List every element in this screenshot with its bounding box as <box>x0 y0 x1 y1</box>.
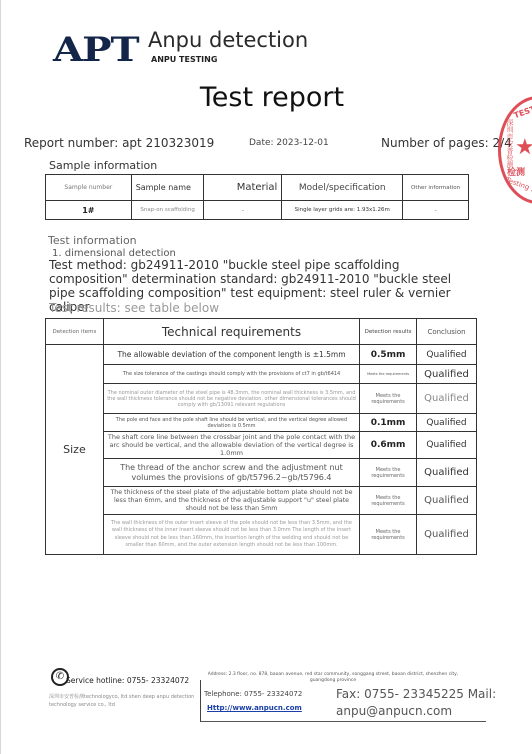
requirement-text: The thread of the anchor screw and the a… <box>103 459 359 487</box>
table-row: Size The allowable deviation of the comp… <box>46 345 477 365</box>
page-count: Number of pages: 2/4 <box>381 136 512 150</box>
header-other-information: Other information <box>403 175 469 201</box>
service-hotline: Service hotline: 0755- 23324072 <box>66 676 189 685</box>
test-results-label: Test results: see table below <box>49 301 219 315</box>
sample-information-table: Sample number Sample name Material Model… <box>45 174 469 220</box>
telephone: Telephone: 0755- 23324072 <box>204 690 302 698</box>
requirement-text: The thickness of the steel plate of the … <box>103 487 359 515</box>
company-subtitle: ANPU TESTING <box>151 55 217 65</box>
result-value: Meets the requirements <box>360 384 417 414</box>
table-row: The wall thickness of the outer insert s… <box>46 515 477 555</box>
apt-logo: APT <box>53 33 138 67</box>
model-specification-value: Single layer grids are: 1.93x1.26m <box>282 201 403 220</box>
conclusion-value: Qualified <box>417 459 477 487</box>
header-model-specification: Model/specification <box>282 175 403 201</box>
sample-name-value: Snap-on scaffolding <box>131 201 204 220</box>
result-value: 0.1mm <box>360 414 417 432</box>
result-value: Meets the requirements <box>360 515 417 555</box>
detection-item-size: Size <box>46 345 104 555</box>
report-number: Report number: apt 210323019 <box>24 136 214 150</box>
table-row: 1# Snap-on scaffolding - Single layer gr… <box>46 201 469 220</box>
table-row: The thread of the anchor screw and the a… <box>46 459 477 487</box>
conclusion-value: Qualified <box>417 515 477 555</box>
conclusion-value: Qualified <box>417 365 477 384</box>
footer-divider <box>200 680 201 722</box>
material-value: - <box>204 201 282 220</box>
report-date: Date: 2023-12-01 <box>249 138 329 148</box>
fax-and-mail: Fax: 0755- 23345225 Mail: anpu@anpucn.co… <box>336 686 511 720</box>
table-row: The thickness of the steel plate of the … <box>46 487 477 515</box>
result-value: 0.5mm <box>360 345 417 365</box>
stamp-bottom-text: Testing S <box>505 176 532 194</box>
header-detection-results: Detection results <box>360 319 417 345</box>
page-title: Test report <box>1 82 532 114</box>
table-header-row: Sample number Sample name Material Model… <box>46 175 469 201</box>
requirement-text: The size tolerance of the castings shoul… <box>103 365 359 384</box>
header-conclusion: Conclusion <box>417 319 477 345</box>
table-header-row: Detection items Technical requirements D… <box>46 319 477 345</box>
technical-requirements-table: Detection items Technical requirements D… <box>45 318 477 555</box>
conclusion-value: Qualified <box>417 432 477 459</box>
sample-number-value: 1# <box>46 201 132 220</box>
table-row: The size tolerance of the castings shoul… <box>46 365 477 384</box>
star-icon: ★ <box>515 135 532 160</box>
header-material: Material <box>204 175 282 201</box>
website-link[interactable]: Http://www.anpucn.com <box>207 704 302 712</box>
requirement-text: The nominal outer diameter of the steel … <box>103 384 359 414</box>
requirement-text: The wall thickness of the outer insert s… <box>103 515 359 555</box>
requirement-text: The pole end face and the pole shaft lin… <box>103 414 359 432</box>
other-information-value: - <box>403 201 469 220</box>
requirement-text: The allowable deviation of the component… <box>103 345 359 365</box>
requirement-text: The shaft core line between the crossbar… <box>103 432 359 459</box>
company-name: Anpu detection <box>148 28 308 52</box>
result-value: Meets the requirements <box>360 487 417 515</box>
header-sample-name: Sample name <box>131 175 204 201</box>
report-page: APT Anpu detection ANPU TESTING Test rep… <box>0 0 532 754</box>
footer-rule <box>201 721 486 722</box>
conclusion-value: Qualified <box>417 487 477 515</box>
header-sample-number: Sample number <box>46 175 132 201</box>
table-row: The pole end face and the pole shaft lin… <box>46 414 477 432</box>
test-information-heading: Test information <box>48 234 137 247</box>
header-detection-items: Detection items <box>46 319 104 345</box>
stamp-side-text: 深圳市安普检测 <box>505 119 515 168</box>
result-value: Meets the requirements <box>360 365 417 384</box>
company-address: Address: 2.3 floor, no. 878, baoan avenu… <box>203 672 463 684</box>
conclusion-value: Qualified <box>417 414 477 432</box>
result-value: Meets the requirements <box>360 459 417 487</box>
company-legal-name: 深圳市安普检测technologyco, ltd shen deep anpu … <box>49 693 199 709</box>
table-row: The nominal outer diameter of the steel … <box>46 384 477 414</box>
conclusion-value: Qualified <box>417 384 477 414</box>
table-row: The shaft core line between the crossbar… <box>46 432 477 459</box>
header-technical-requirements: Technical requirements <box>103 319 359 345</box>
conclusion-value: Qualified <box>417 345 477 365</box>
sample-information-heading: Sample information <box>49 159 157 172</box>
result-value: 0.6mm <box>360 432 417 459</box>
